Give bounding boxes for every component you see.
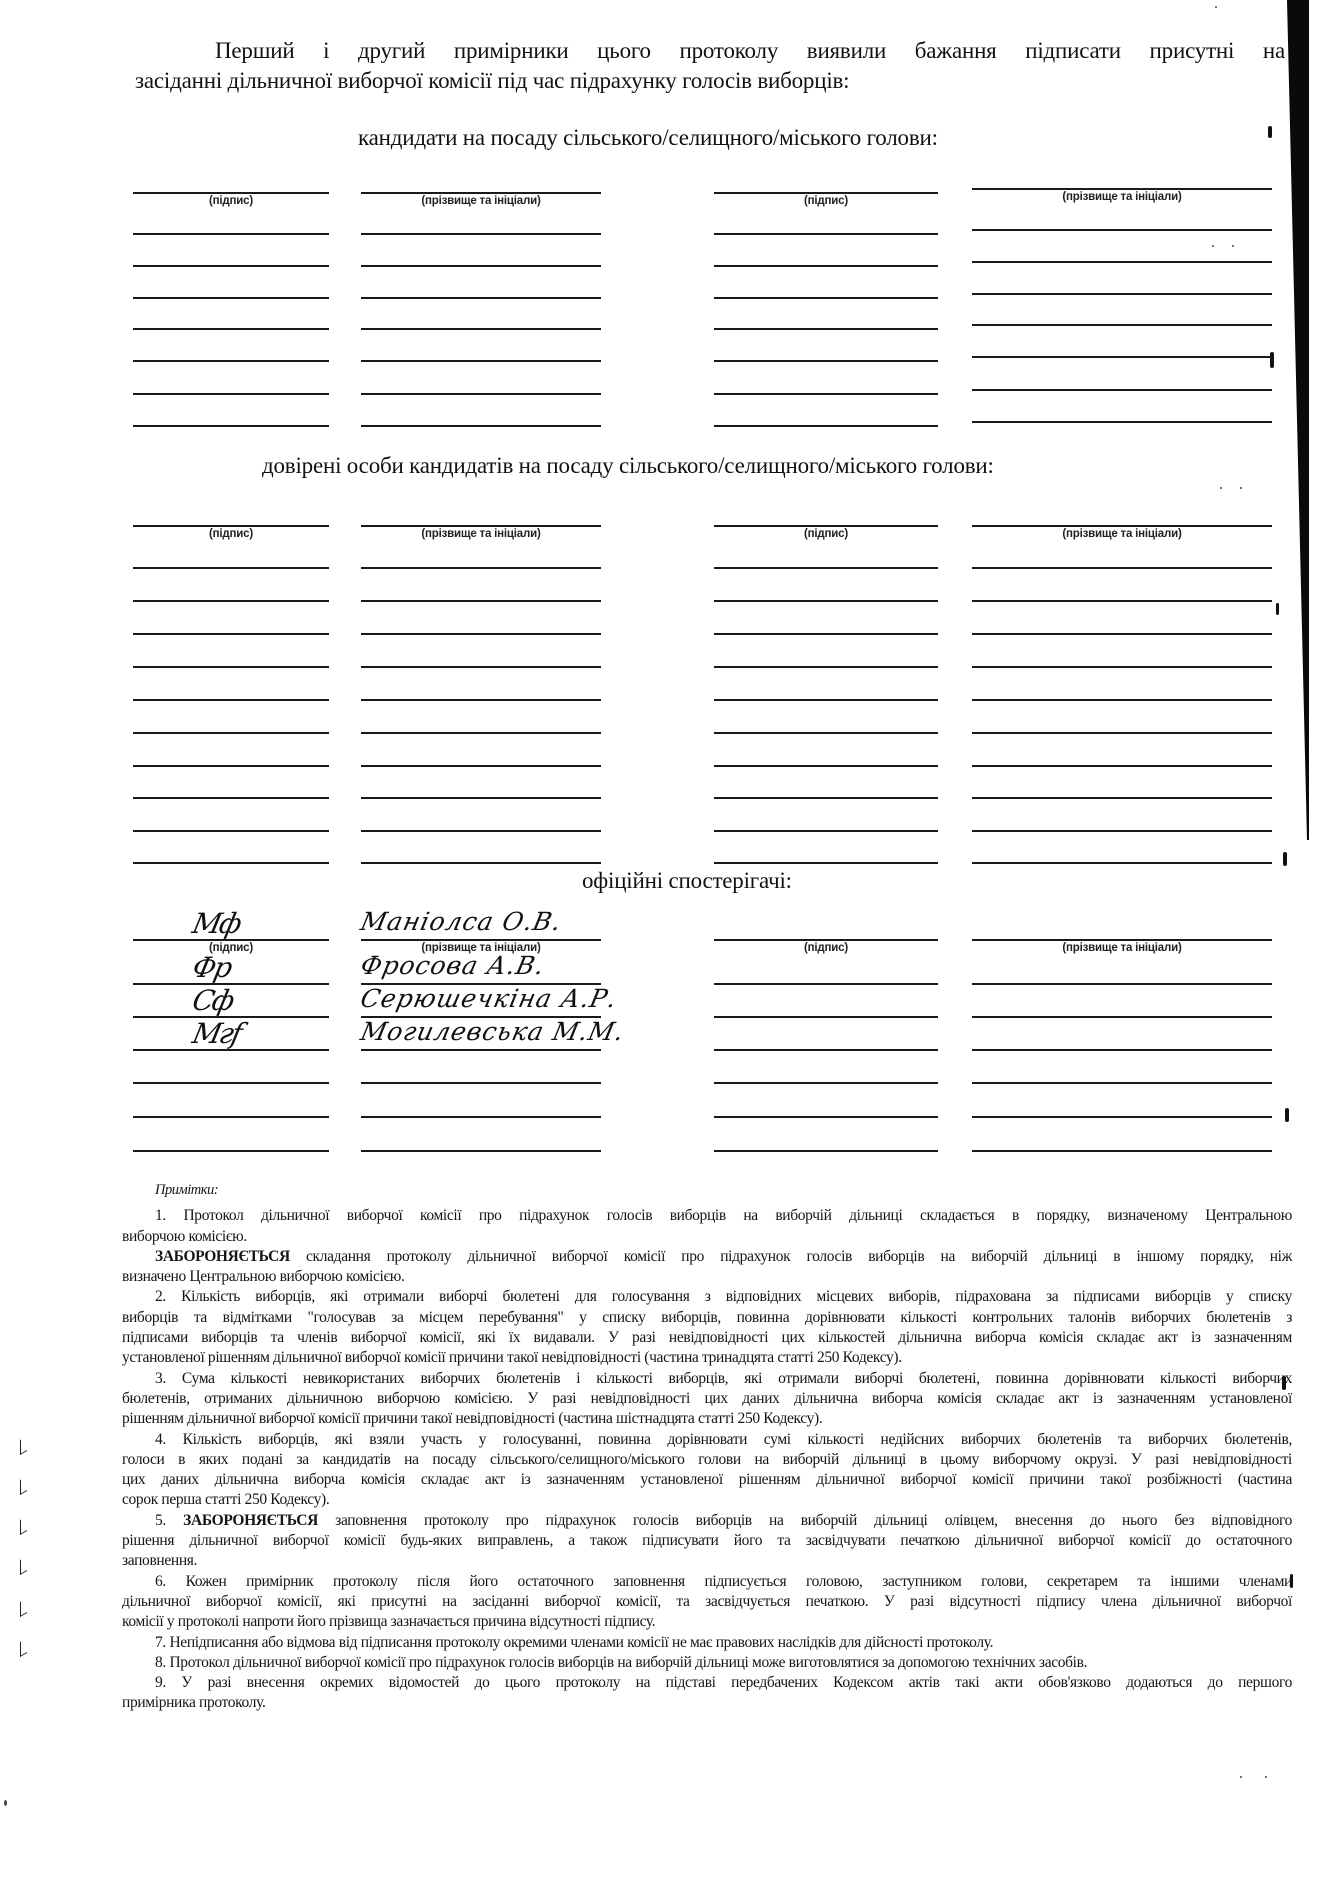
scan-tick	[20, 1476, 27, 1495]
note-line: голоси в яких подані за кандидатів на по…	[122, 1450, 1292, 1470]
signature-line[interactable]	[133, 525, 329, 527]
name-line[interactable]	[361, 633, 601, 635]
name-line[interactable]	[972, 1150, 1272, 1152]
note-line: ЗАБОРОНЯЄТЬСЯ складання протоколу дільни…	[122, 1247, 1292, 1267]
name-line[interactable]	[972, 1116, 1272, 1118]
scan-tick	[20, 1516, 27, 1535]
signature-line[interactable]	[133, 1082, 329, 1084]
signature-line[interactable]	[714, 1049, 938, 1051]
name-line[interactable]	[972, 324, 1272, 326]
name-line[interactable]	[972, 567, 1272, 569]
note-line: 3. Сума кількості невикористаних виборчи…	[122, 1369, 1292, 1389]
signature-caption: (підпис)	[133, 528, 329, 540]
note-line: виборчою комісією.	[122, 1227, 1292, 1247]
note-line: рішення дільничної виборчої комісії будь…	[122, 1531, 1292, 1551]
signature-line[interactable]	[714, 633, 938, 635]
note-line: 5. ЗАБОРОНЯЄТЬСЯ заповнення протоколу пр…	[122, 1511, 1292, 1531]
name-line[interactable]	[361, 192, 601, 194]
name-caption: (прізвище та ініціали)	[972, 191, 1272, 203]
notes-title: Примітки:	[122, 1180, 1292, 1200]
signature-line[interactable]	[714, 1016, 938, 1018]
name-caption: (прізвище та ініціали)	[972, 528, 1272, 540]
scan-mark	[1268, 126, 1272, 138]
observers-heading: офіційні спостерігачі:	[582, 867, 792, 895]
signature-line[interactable]	[714, 939, 938, 941]
note-line: заповнення.	[122, 1551, 1292, 1571]
name-line[interactable]	[972, 356, 1272, 358]
signature-line[interactable]	[714, 425, 938, 427]
name-line[interactable]	[972, 699, 1272, 701]
name-line[interactable]	[972, 525, 1272, 527]
signature-line[interactable]	[133, 732, 329, 734]
note-line: установленої рішенням дільничної виборчо…	[122, 1348, 1292, 1368]
intro-paragraph: Перший і другий примірники цього протоко…	[135, 36, 1285, 96]
name-line[interactable]	[361, 328, 601, 330]
scan-tick	[20, 1556, 27, 1575]
signature-line[interactable]	[133, 666, 329, 668]
name-line[interactable]	[972, 830, 1272, 832]
signature-line[interactable]	[133, 328, 329, 330]
name-line[interactable]	[972, 797, 1272, 799]
name-line[interactable]	[361, 1116, 601, 1118]
note-line: бюлетенів, отриманих дільничною виборчою…	[122, 1389, 1292, 1409]
signature-line[interactable]	[133, 699, 329, 701]
proxies-heading: довірені особи кандидатів на посаду сіль…	[262, 452, 994, 480]
signature-line[interactable]	[714, 699, 938, 701]
name-caption: (прізвище та ініціали)	[361, 195, 601, 207]
signature-line[interactable]	[133, 393, 329, 395]
signature-line[interactable]	[714, 600, 938, 602]
signature-line[interactable]	[714, 233, 938, 235]
scan-speck	[1240, 487, 1242, 489]
note-line: цих даних дільнична виборча комісія скла…	[122, 1470, 1292, 1490]
scan-mark	[1283, 852, 1287, 866]
handwritten-name: Маніолса О.В.	[358, 907, 604, 936]
signature-line[interactable]	[714, 297, 938, 299]
note-emphasis: ЗАБОРОНЯЄТЬСЯ	[155, 1248, 290, 1265]
notes-block: Примітки: 1. Протокол дільничної виборчо…	[122, 1180, 1292, 1714]
note-line: визначено Центральною виборчою комісією.	[122, 1267, 1292, 1287]
name-line[interactable]	[972, 666, 1272, 668]
name-line[interactable]	[361, 297, 601, 299]
name-line[interactable]	[972, 862, 1272, 864]
signature-line[interactable]	[714, 567, 938, 569]
notes-lines: 1. Протокол дільничної виборчої комісії …	[122, 1206, 1292, 1713]
candidates-heading: кандидати на посаду сільського/селищного…	[358, 124, 938, 152]
name-line[interactable]	[361, 732, 601, 734]
signature-line[interactable]	[133, 567, 329, 569]
signature-line[interactable]	[714, 797, 938, 799]
name-line[interactable]	[972, 983, 1272, 985]
name-line[interactable]	[361, 525, 601, 527]
intro-line-1: Перший і другий примірники цього протоко…	[135, 36, 1285, 66]
signature-line[interactable]	[133, 797, 329, 799]
name-line[interactable]	[361, 699, 601, 701]
scan-speck	[1212, 245, 1214, 247]
note-line: виборців та відмітками "голосував за міс…	[122, 1308, 1292, 1328]
name-line[interactable]	[361, 393, 601, 395]
name-line[interactable]	[972, 1016, 1272, 1018]
note-line: 9. У разі внесення окремих відомостей до…	[122, 1673, 1292, 1693]
note-line: 4. Кількість виборців, які взяли участь …	[122, 1430, 1292, 1450]
signature-line[interactable]	[133, 265, 329, 267]
name-line[interactable]	[361, 862, 601, 864]
signature-line[interactable]	[133, 360, 329, 362]
signature-caption: (підпис)	[714, 195, 938, 207]
signature-line[interactable]	[133, 425, 329, 427]
signature-line[interactable]	[133, 192, 329, 194]
signature-line[interactable]	[714, 862, 938, 864]
scan-tick	[20, 1638, 27, 1657]
name-line[interactable]	[361, 830, 601, 832]
signature-line[interactable]	[133, 600, 329, 602]
name-caption: (прізвище та ініціали)	[972, 942, 1272, 954]
name-line[interactable]	[972, 765, 1272, 767]
signature-line[interactable]	[714, 1116, 938, 1118]
handwritten-signature: Фр	[189, 951, 332, 984]
note-emphasis: ЗАБОРОНЯЄТЬСЯ	[183, 1512, 318, 1529]
name-line[interactable]	[361, 1082, 601, 1084]
signature-caption: (підпис)	[714, 942, 938, 954]
note-line: сорок перша статті 250 Кодексу).	[122, 1490, 1292, 1510]
name-line[interactable]	[972, 600, 1272, 602]
note-line: 1. Протокол дільничної виборчої комісії …	[122, 1206, 1292, 1226]
scan-mark	[1276, 603, 1279, 615]
signature-line[interactable]	[133, 1150, 329, 1152]
name-line[interactable]	[972, 633, 1272, 635]
handwritten-name: Фросова А.В.	[358, 951, 604, 980]
name-line[interactable]	[972, 188, 1272, 190]
name-line[interactable]	[972, 1082, 1272, 1084]
handwritten-signature: Мгf	[189, 1017, 332, 1050]
note-line: дільничної виборчої комісії, які присутн…	[122, 1592, 1292, 1612]
signature-line[interactable]	[714, 732, 938, 734]
scan-mark	[1285, 1108, 1289, 1122]
name-line[interactable]	[972, 421, 1272, 423]
signature-line[interactable]	[133, 297, 329, 299]
note-line: 7. Непідписання або відмова від підписан…	[122, 1633, 1292, 1653]
signature-line[interactable]	[133, 233, 329, 235]
signature-line[interactable]	[714, 393, 938, 395]
scan-speck	[1265, 1776, 1267, 1778]
name-line[interactable]	[361, 600, 601, 602]
name-line[interactable]	[361, 233, 601, 235]
signature-line[interactable]	[133, 830, 329, 832]
name-line[interactable]	[361, 567, 601, 569]
scan-mark	[1270, 352, 1274, 368]
signature-line[interactable]	[714, 265, 938, 267]
signature-line[interactable]	[714, 1150, 938, 1152]
name-line[interactable]	[972, 293, 1272, 295]
name-caption: (прізвище та ініціали)	[361, 528, 601, 540]
scan-speck	[1240, 1776, 1242, 1778]
handwritten-name: Серюшечкіна А.Р.	[358, 984, 604, 1013]
intro-line-2: засіданні дільничної виборчої комісії пі…	[135, 66, 1285, 96]
signature-line[interactable]	[714, 765, 938, 767]
scan-speck	[4, 1800, 7, 1806]
scan-dark-edge	[1287, 0, 1336, 840]
note-line: 8. Протокол дільничної виборчої комісії …	[122, 1653, 1292, 1673]
signature-line[interactable]	[714, 328, 938, 330]
note-line: підписами виборців та членів виборчої ко…	[122, 1328, 1292, 1348]
signature-line[interactable]	[714, 1082, 938, 1084]
name-line[interactable]	[972, 229, 1272, 231]
signature-caption: (підпис)	[133, 195, 329, 207]
name-line[interactable]	[972, 939, 1272, 941]
signature-caption: (підпис)	[714, 528, 938, 540]
signature-line[interactable]	[714, 525, 938, 527]
scan-speck	[1215, 6, 1217, 8]
name-line[interactable]	[361, 765, 601, 767]
note-line: рішенням дільничної виборчої комісії при…	[122, 1409, 1292, 1429]
note-line: 2. Кількість виборців, які отримали вибо…	[122, 1287, 1292, 1307]
name-line[interactable]	[361, 425, 601, 427]
signature-line[interactable]	[133, 862, 329, 864]
note-line: комісії у протоколі напроти його прізвищ…	[122, 1612, 1292, 1632]
name-line[interactable]	[972, 732, 1272, 734]
scan-tick	[20, 1436, 27, 1455]
name-line[interactable]	[361, 1150, 601, 1152]
name-line[interactable]	[972, 261, 1272, 263]
name-line[interactable]	[361, 666, 601, 668]
scan-tick	[20, 1598, 27, 1617]
scan-speck	[1232, 245, 1234, 247]
signature-line[interactable]	[714, 983, 938, 985]
name-line[interactable]	[972, 1049, 1272, 1051]
signature-line[interactable]	[133, 765, 329, 767]
name-line[interactable]	[972, 389, 1272, 391]
handwritten-name: Могилевська М.М.	[358, 1017, 604, 1046]
name-line[interactable]	[361, 265, 601, 267]
signature-line[interactable]	[714, 360, 938, 362]
note-line: 6. Кожен примірник протоколу після його …	[122, 1572, 1292, 1592]
signature-line[interactable]	[714, 830, 938, 832]
handwritten-signature: Сф	[189, 984, 332, 1017]
signature-line[interactable]	[714, 666, 938, 668]
handwritten-signature: Мф	[189, 907, 332, 940]
signature-line[interactable]	[133, 633, 329, 635]
name-line[interactable]	[361, 939, 601, 941]
scan-speck	[1220, 487, 1222, 489]
signature-line[interactable]	[714, 192, 938, 194]
name-line[interactable]	[361, 1049, 601, 1051]
signature-line[interactable]	[133, 1116, 329, 1118]
name-line[interactable]	[361, 797, 601, 799]
name-line[interactable]	[361, 360, 601, 362]
note-line: примірника протоколу.	[122, 1693, 1292, 1713]
